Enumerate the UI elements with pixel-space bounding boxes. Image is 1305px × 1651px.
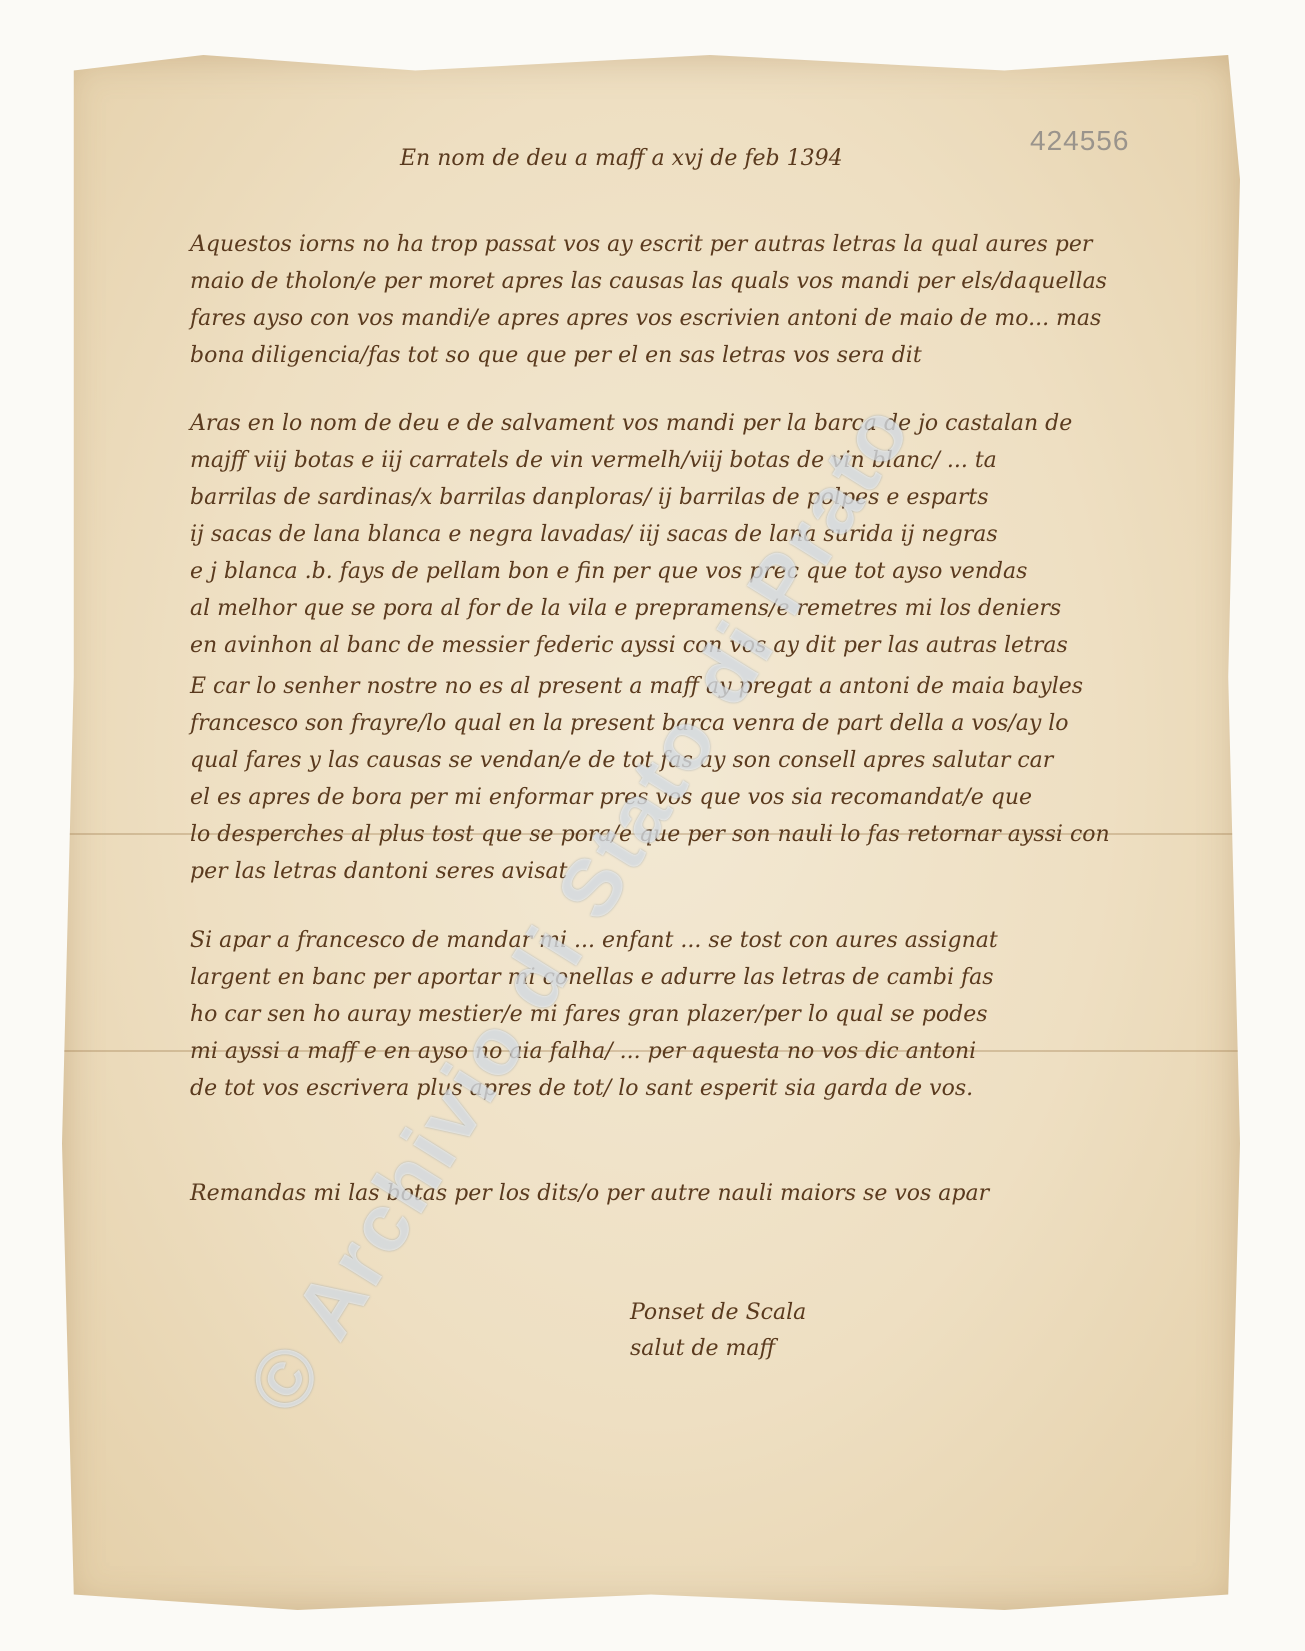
text-line: maio de tholon/e per moret apres las cau…	[190, 263, 1107, 300]
text-line: barrilas de sardinas/x barrilas danplora…	[190, 479, 1072, 516]
text-line: bona diligencia/fas tot so que que per e…	[190, 337, 1107, 374]
paragraph-2: Aras en lo nom de deu e de salvament vos…	[190, 405, 1072, 664]
text-line: ho car sen ho auray mestier/e mi fares g…	[190, 996, 998, 1033]
text-line: de tot vos escrivera plus apres de tot/ …	[190, 1070, 998, 1107]
signature: Ponset de Scala salut de maff	[630, 1295, 806, 1367]
text-line: majff viij botas e iij carratels de vin …	[190, 442, 1072, 479]
text-line: e j blanca .b. fays de pellam bon e fin …	[190, 553, 1072, 590]
text-line: mi ayssi a maff e en ayso no aia falha/ …	[190, 1033, 998, 1070]
signature-name: Ponset de Scala	[630, 1295, 806, 1331]
text-line: al melhor que se pora al for de la vila …	[190, 590, 1072, 627]
signature-place: salut de maff	[630, 1331, 806, 1367]
text-line: Aquestos iorns no ha trop passat vos ay …	[190, 226, 1107, 263]
paragraph-5: Remandas mi las botas per los dits/o per…	[190, 1175, 989, 1212]
text-line: E car lo senher nostre no es al present …	[190, 668, 1110, 705]
paragraph-1: Aquestos iorns no ha trop passat vos ay …	[190, 226, 1107, 374]
text-line: en avinhon al banc de messier federic ay…	[190, 627, 1072, 664]
text-line: Remandas mi las botas per los dits/o per…	[190, 1175, 989, 1212]
text-line: fares ayso con vos mandi/e apres apres v…	[190, 300, 1107, 337]
date-line: En nom de deu a maff a xvj de feb 1394	[400, 140, 843, 177]
text-line: ij sacas de lana blanca e negra lavadas/…	[190, 516, 1072, 553]
catalog-number: 424556	[1030, 125, 1129, 157]
